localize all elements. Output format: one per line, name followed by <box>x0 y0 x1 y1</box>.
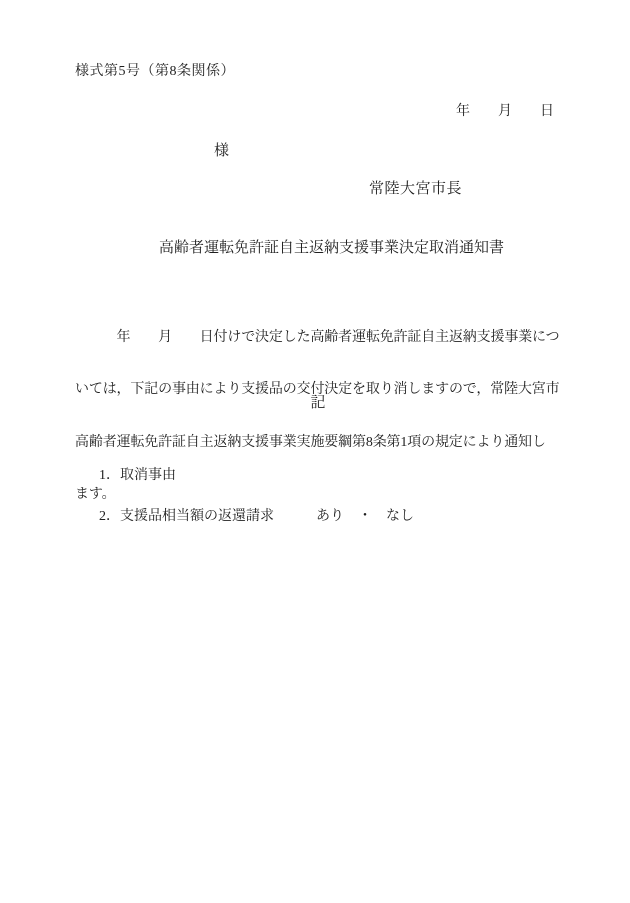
item-label: 2．支援品相当額の返還請求 <box>99 509 274 524</box>
body-line: 年 月 日付けで決定した高齢者運転免許証自主返納支援事業につ <box>75 328 561 348</box>
record-marker: 記 <box>75 395 561 412</box>
document-page: 様式第5号（第8条関係） 年 月 日 様 常陸大宮市長 高齢者運転免許証自主返納… <box>0 0 630 903</box>
sender-title: 常陸大宮市長 <box>369 181 462 198</box>
body-line: 高齢者運転免許証自主返納支援事業実施要綱第8条第1項の規定により通知し <box>75 433 561 453</box>
addressee-honorific: 様 <box>214 143 229 160</box>
item-label: 1．取消事由 <box>99 468 176 483</box>
item-options: あり ・ なし <box>316 509 414 524</box>
document-title: 高齢者運転免許証自主返納支援事業決定取消通知書 <box>159 240 504 257</box>
date-line: 年 月 日 <box>456 104 554 120</box>
form-number: 様式第5号（第8条関係） <box>75 64 235 80</box>
list-item-refund-request: 2．支援品相当額の返還請求あり ・ なし <box>85 493 414 541</box>
